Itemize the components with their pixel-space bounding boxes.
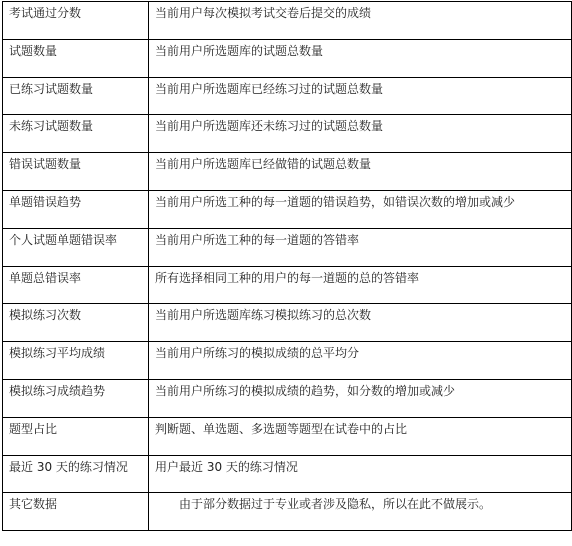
term-cell: 模拟练习成绩趋势	[3, 379, 149, 417]
term-cell: 已练习试题数量	[3, 77, 149, 115]
term-cell: 单题总错误率	[3, 266, 149, 304]
description-cell: 当前用户所练习的模拟成绩的总平均分	[149, 342, 572, 380]
description-cell: 用户最近 30 天的练习情况	[149, 455, 572, 493]
table-row: 最近 30 天的练习情况 用户最近 30 天的练习情况	[3, 455, 572, 493]
term-cell: 模拟练习次数	[3, 304, 149, 342]
table-row: 单题总错误率 所有选择相同工种的用户的每一道题的总的答错率	[3, 266, 572, 304]
term-cell: 未练习试题数量	[3, 115, 149, 153]
description-cell: 当前用户所选题库还未练习过的试题总数量	[149, 115, 572, 153]
description-cell: 当前用户所选工种的每一道题的答错率	[149, 228, 572, 266]
term-cell: 错误试题数量	[3, 153, 149, 191]
term-cell: 个人试题单题错误率	[3, 228, 149, 266]
table-row: 模拟练习平均成绩 当前用户所练习的模拟成绩的总平均分	[3, 342, 572, 380]
description-cell: 当前用户所选题库已经做错的试题总数量	[149, 153, 572, 191]
term-cell: 考试通过分数	[3, 2, 149, 40]
table-row: 题型占比 判断题、单选题、多选题等题型在试卷中的占比	[3, 417, 572, 455]
term-cell: 最近 30 天的练习情况	[3, 455, 149, 493]
description-cell: 当前用户所选题库已经练习过的试题总数量	[149, 77, 572, 115]
description-cell: 判断题、单选题、多选题等题型在试卷中的占比	[149, 417, 572, 455]
table-row: 试题数量 当前用户所选题库的试题总数量	[3, 39, 572, 77]
table-row: 模拟练习次数 当前用户所选题库练习模拟练习的总次数	[3, 304, 572, 342]
description-cell: 当前用户所练习的模拟成绩的趋势，如分数的增加或减少	[149, 379, 572, 417]
table-row: 考试通过分数 当前用户每次模拟考试交卷后提交的成绩	[3, 2, 572, 40]
table-row: 未练习试题数量 当前用户所选题库还未练习过的试题总数量	[3, 115, 572, 153]
term-cell: 试题数量	[3, 39, 149, 77]
table-row: 个人试题单题错误率 当前用户所选工种的每一道题的答错率	[3, 228, 572, 266]
description-cell: 当前用户每次模拟考试交卷后提交的成绩	[149, 2, 572, 40]
term-cell: 单题错误趋势	[3, 190, 149, 228]
table-row: 单题错误趋势 当前用户所选工种的每一道题的错误趋势，如错误次数的增加或减少	[3, 190, 572, 228]
term-cell: 其它数据	[3, 493, 149, 531]
table-row: 其它数据 由于部分数据过于专业或者涉及隐私，所以在此不做展示。	[3, 493, 572, 531]
table-row: 已练习试题数量 当前用户所选题库已经练习过的试题总数量	[3, 77, 572, 115]
description-cell: 由于部分数据过于专业或者涉及隐私，所以在此不做展示。	[149, 493, 572, 531]
table-row: 模拟练习成绩趋势 当前用户所练习的模拟成绩的趋势，如分数的增加或减少	[3, 379, 572, 417]
description-cell: 当前用户所选题库练习模拟练习的总次数	[149, 304, 572, 342]
table-row: 错误试题数量 当前用户所选题库已经做错的试题总数量	[3, 153, 572, 191]
term-cell: 模拟练习平均成绩	[3, 342, 149, 380]
description-cell: 当前用户所选题库的试题总数量	[149, 39, 572, 77]
term-cell: 题型占比	[3, 417, 149, 455]
data-definition-table: 考试通过分数 当前用户每次模拟考试交卷后提交的成绩 试题数量 当前用户所选题库的…	[2, 1, 572, 531]
description-cell: 当前用户所选工种的每一道题的错误趋势，如错误次数的增加或减少	[149, 190, 572, 228]
description-cell: 所有选择相同工种的用户的每一道题的总的答错率	[149, 266, 572, 304]
